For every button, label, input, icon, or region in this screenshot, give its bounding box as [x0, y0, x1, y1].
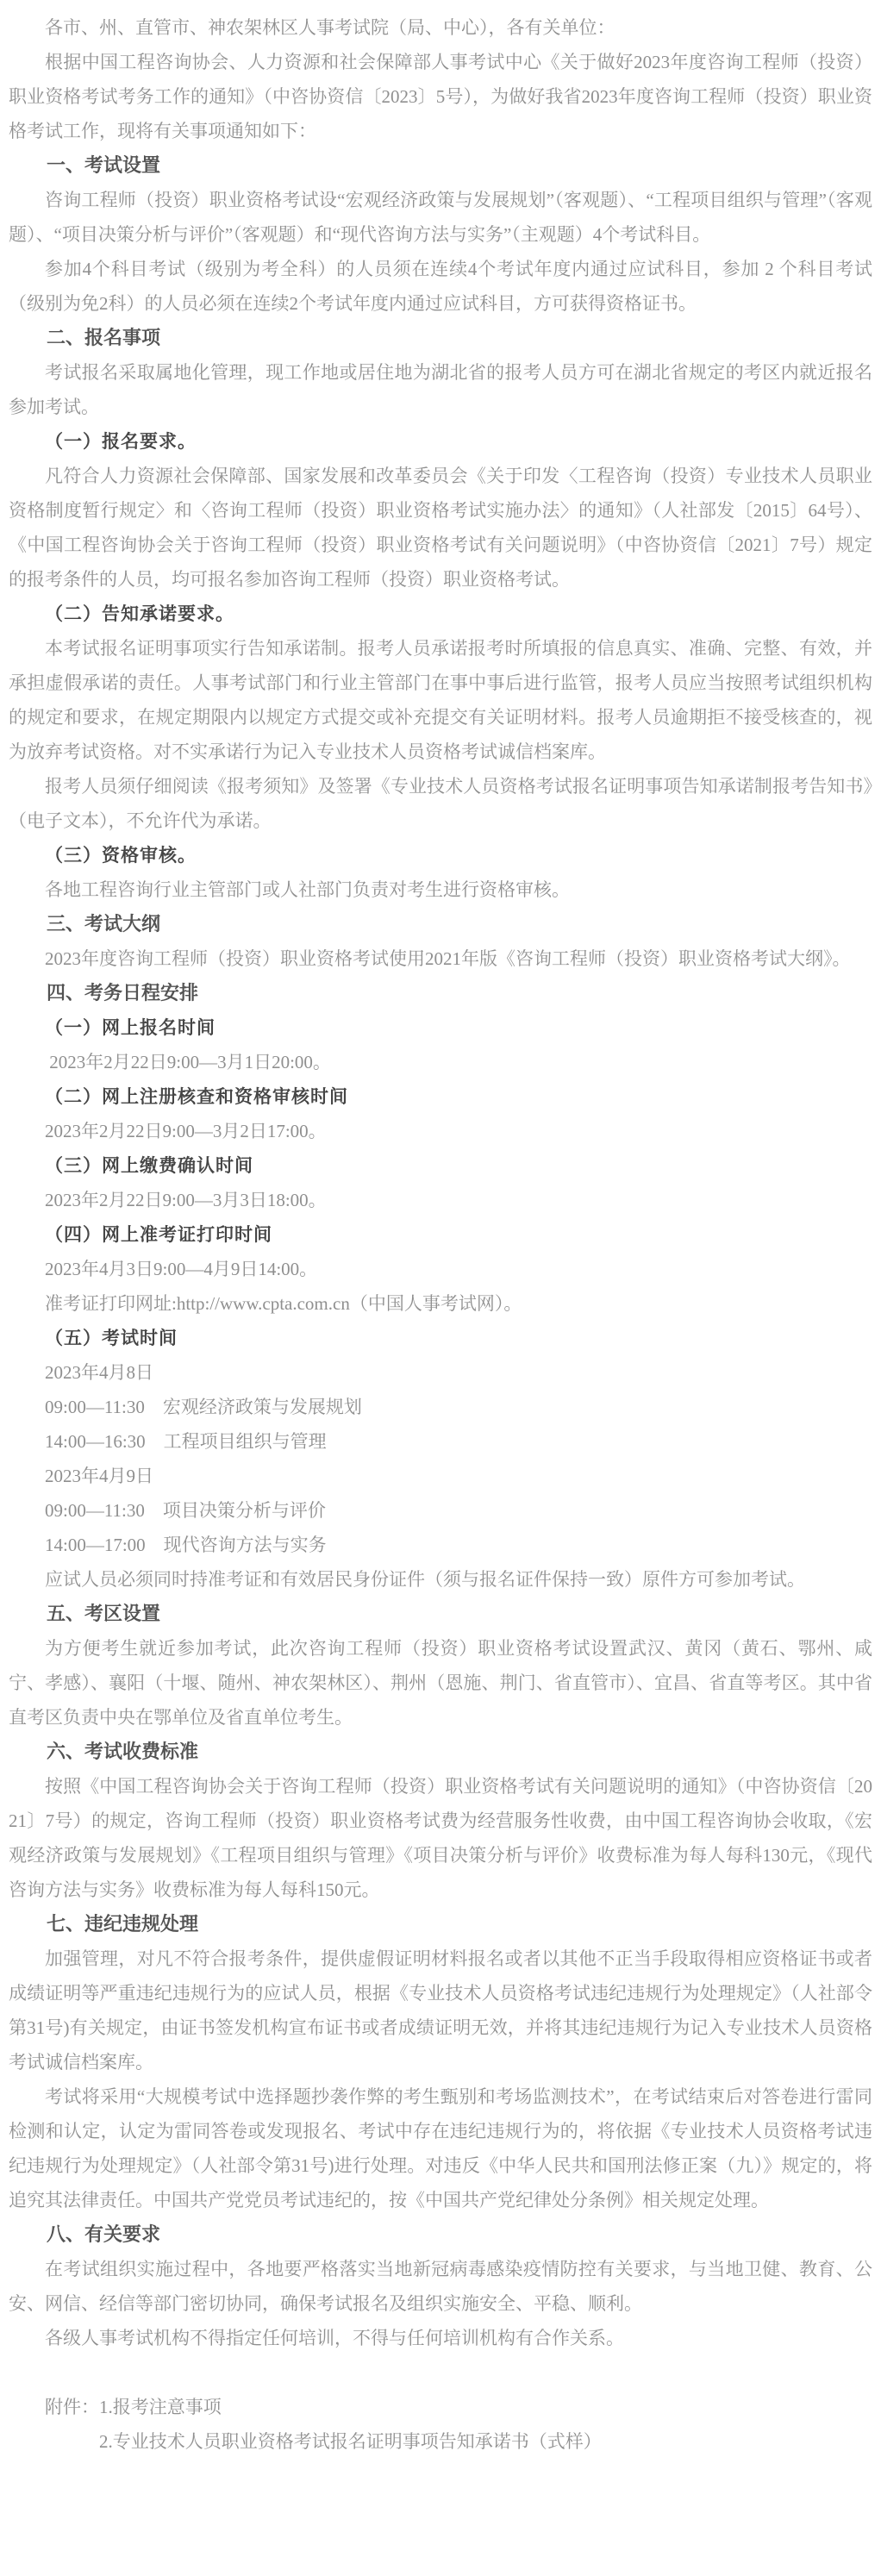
- paragraph: 2023年2月22日9:00—3月1日20:00。: [9, 1045, 872, 1079]
- paragraph: 应试人员必须同时持准考证和有效居民身份证件（须与报名证件保持一致）原件方可参加考…: [9, 1562, 872, 1597]
- paragraph: 09:00—11:30 项目决策分析与评价: [9, 1493, 872, 1528]
- section-heading: 五、考区设置: [9, 1597, 872, 1631]
- paragraph: 为方便考生就近参加考试，此次咨询工程师（投资）职业资格考试设置武汉、黄冈（黄石、…: [9, 1631, 872, 1735]
- section-heading: 三、考试大纲: [9, 907, 872, 941]
- sub-heading: （三）网上缴费确认时间: [9, 1148, 872, 1183]
- sub-heading: （二）告知承诺要求。: [9, 597, 872, 631]
- sub-heading: （二）网上注册核查和资格审核时间: [9, 1079, 872, 1114]
- paragraph: 2023年4月8日: [9, 1355, 872, 1390]
- attachment-line: 2.专业技术人员职业资格考试报名证明事项告知承诺书（式样）: [9, 2424, 872, 2459]
- sub-heading: （一）网上报名时间: [9, 1010, 872, 1045]
- paragraph: 咨询工程师（投资）职业资格考试设“宏观经济政策与发展规划”（客观题）、“工程项目…: [9, 183, 872, 252]
- sub-heading: （五）考试时间: [9, 1321, 872, 1355]
- paragraph: 本考试报名证明事项实行告知承诺制。报考人员承诺报考时所填报的信息真实、准确、完整…: [9, 631, 872, 769]
- paragraph: 2023年4月3日9:00—4月9日14:00。: [9, 1252, 872, 1286]
- section-heading: 七、违纪违规处理: [9, 1907, 872, 1941]
- paragraph: 准考证打印网址:http://www.cpta.com.cn（中国人事考试网）。: [9, 1286, 872, 1321]
- paragraph: 凡符合人力资源社会保障部、国家发展和改革委员会《关于印发〈工程咨询（投资）专业技…: [9, 459, 872, 597]
- section-heading: 一、考试设置: [9, 148, 872, 183]
- paragraph: 考试将采用“大规模考试中选择题抄袭作弊的考生甄别和考场监测技术”，在考试结束后对…: [9, 2079, 872, 2217]
- paragraph: 14:00—17:00 现代咨询方法与实务: [9, 1528, 872, 1562]
- paragraph: 14:00—16:30 工程项目组织与管理: [9, 1424, 872, 1459]
- paragraph: 考试报名采取属地化管理，现工作地或居住地为湖北省的报考人员方可在湖北省规定的考区…: [9, 355, 872, 424]
- paragraph: 2023年4月9日: [9, 1459, 872, 1493]
- paragraph: 09:00—11:30 宏观经济政策与发展规划: [9, 1390, 872, 1424]
- section-heading: 二、报名事项: [9, 321, 872, 355]
- paragraph: 2023年2月22日9:00—3月2日17:00。: [9, 1114, 872, 1148]
- paragraph: 2023年2月22日9:00—3月3日18:00。: [9, 1183, 872, 1217]
- spacer: [9, 2355, 872, 2390]
- notice-document: 各市、州、直管市、神农架林区人事考试院（局、中心），各有关单位：根据中国工程咨询…: [0, 0, 881, 2476]
- paragraph: 报考人员须仔细阅读《报考须知》及签署《专业技术人员资格考试报名证明事项告知承诺制…: [9, 769, 872, 838]
- paragraph: 在考试组织实施过程中，各地要严格落实当地新冠病毒感染疫情防控有关要求，与当地卫健…: [9, 2252, 872, 2321]
- sub-heading: （一）报名要求。: [9, 424, 872, 459]
- section-heading: 四、考务日程安排: [9, 976, 872, 1010]
- section-heading: 六、考试收费标准: [9, 1735, 872, 1769]
- section-heading: 八、有关要求: [9, 2217, 872, 2252]
- paragraph: 加强管理，对凡不符合报考条件，提供虚假证明材料报名或者以其他不正当手段取得相应资…: [9, 1941, 872, 2079]
- paragraph: 参加4个科目考试（级别为考全科）的人员须在连续4个考试年度内通过应试科目，参加 …: [9, 252, 872, 321]
- paragraph: 2023年度咨询工程师（投资）职业资格考试使用2021年版《咨询工程师（投资）职…: [9, 941, 872, 976]
- paragraph: 各市、州、直管市、神农架林区人事考试院（局、中心），各有关单位：: [9, 10, 872, 45]
- paragraph: 各地工程咨询行业主管部门或人社部门负责对考生进行资格审核。: [9, 872, 872, 907]
- paragraph: 各级人事考试机构不得指定任何培训，不得与任何培训机构有合作关系。: [9, 2321, 872, 2355]
- paragraph: 根据中国工程咨询协会、人力资源和社会保障部人事考试中心《关于做好2023年度咨询…: [9, 45, 872, 148]
- paragraph: 按照《中国工程咨询协会关于咨询工程师（投资）职业资格考试有关问题说明的通知》（中…: [9, 1769, 872, 1907]
- sub-heading: （四）网上准考证打印时间: [9, 1217, 872, 1252]
- sub-heading: （三）资格审核。: [9, 838, 872, 872]
- paragraph: 附件：1.报考注意事项: [9, 2390, 872, 2424]
